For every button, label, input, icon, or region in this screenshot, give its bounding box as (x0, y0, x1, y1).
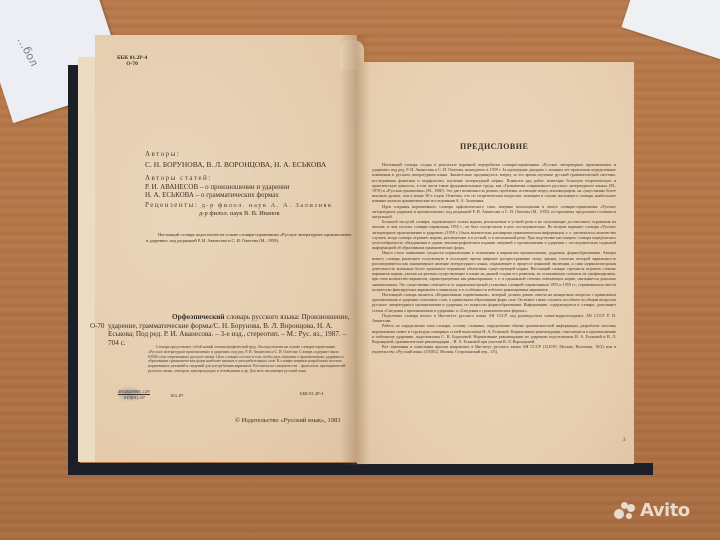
annotation: Словарь представляет собой новый лексико… (148, 345, 348, 374)
isbn-fraction: 4602020000–129 015(01)–87 (118, 389, 150, 400)
copyright: © Издательство «Русский язык», 1983 (235, 417, 341, 424)
preface-paragraph: Настоящий словарь создан в результате ко… (372, 162, 616, 204)
author-mark: О-70 (117, 61, 147, 67)
price-code: 163–87 (170, 393, 184, 398)
authors-label: Авторы: (145, 150, 180, 158)
reviewers-label: Рецензенты: д-р филол. наук А. А. Зализн… (145, 201, 333, 209)
preface-heading: ПРЕДИСЛОВИЕ (460, 142, 528, 151)
reviewer-2: д-р филол. наук В. В. Иванов (199, 210, 280, 217)
avito-wordmark: Avito (640, 500, 690, 521)
book-gutter (340, 35, 370, 465)
catalog-entry-title: Орфоэпический (172, 313, 225, 321)
authors-list: С. Н. БОРУНОВА, В. Л. ВОРОНЦОВА, Н. А. Е… (145, 160, 326, 169)
catalog-entry-text: словарь русского языка: Произношение, уд… (108, 313, 350, 347)
preface-paragraph: Работа по определению типа словаря, сост… (372, 323, 616, 344)
reviewer-1: д-р филол. наук А. А. Зализняк (202, 202, 333, 209)
catalog-code: О-70 (90, 322, 104, 331)
preface-paragraph: Иного стало понимание сущности нормализа… (372, 250, 616, 292)
handwritten-scribble: …бол (15, 35, 41, 69)
avito-watermark: Avito (614, 500, 690, 521)
source-note: Настоящий словарь подготовлен на основе … (146, 232, 354, 243)
reviewers-label-text: Рецензенты: (145, 201, 198, 209)
avito-logo-icon (614, 502, 636, 520)
preface-body: Настоящий словарь создан в результате ко… (372, 162, 616, 355)
preface-paragraph: Настоящий словарь является «Нормативным … (372, 292, 616, 313)
article-author-2: Н. А. ЕСЬКОВА – о грамматических формах (145, 191, 355, 199)
preface-paragraph: Подготовка словаря велась в Институте ру… (372, 313, 616, 323)
preface-paragraph: Все замечания и пожелания просим направл… (372, 344, 616, 354)
page-number: 3 (623, 438, 626, 443)
preface-paragraph: Большой заслугой словаря, отражающего то… (372, 219, 616, 250)
preface-paragraph: Идея создания нормативного словаря орфоэ… (372, 204, 616, 220)
bbk-code-top: ББК 81.2Р-4 О-70 (117, 55, 147, 67)
article-author-1: Р. И. АВАНЕСОВ – о произношении и ударен… (145, 183, 355, 191)
catalog-entry: О-70 Орфоэпический словарь русского язык… (108, 313, 353, 347)
articles-label: Авторы статей: (145, 174, 212, 182)
bbk-code-bottom: ББК 81.2Р-4 (300, 391, 323, 396)
isbn-denominator: 015(01)–87 (118, 395, 150, 400)
